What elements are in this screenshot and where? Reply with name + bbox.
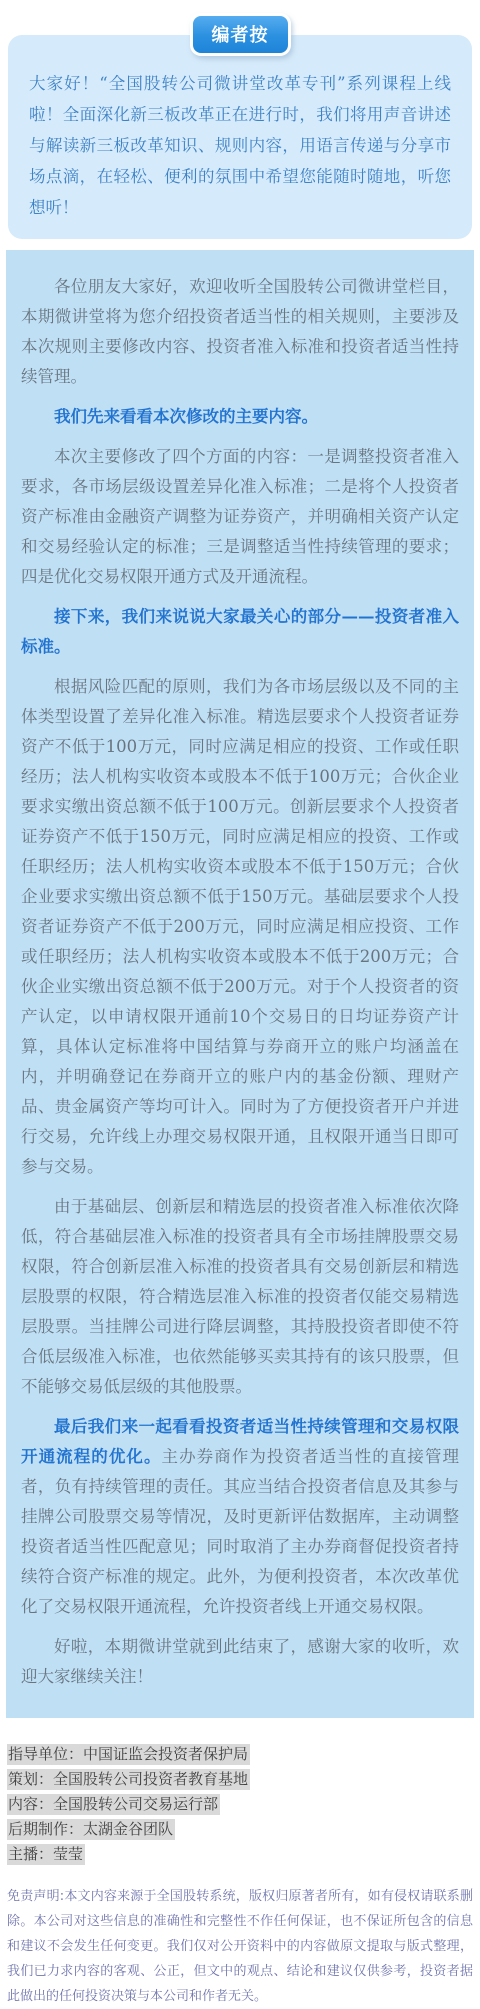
credit-text: 主播：莹莹: [7, 1844, 85, 1865]
credit-line-post-production: 后期制作：太湖金谷团队: [7, 1819, 480, 1839]
editor-note-badge: 编者按: [190, 13, 291, 56]
article-paragraph-ongoing-management: 最后我们来一起看看投资者适当性持续管理和交易权限开通流程的优化。主办券商作为投资…: [21, 1412, 459, 1622]
article-paragraph-intro: 各位朋友大家好，欢迎收听全国股转公司微讲堂栏目，本期微讲堂将为您介绍投资者适当性…: [21, 272, 459, 392]
credit-text: 内容：全国股转公司交易运行部: [7, 1794, 220, 1815]
article-heading-main-changes: 我们先来看看本次修改的主要内容。: [21, 402, 459, 432]
credit-line-content: 内容：全国股转公司交易运行部: [7, 1794, 480, 1814]
credit-text: 指导单位：中国证监会投资者保护局: [7, 1744, 250, 1765]
paragraph-text: 主办券商作为投资者适当性的直接管理者，负有持续管理的责任。其应当结合投资者信息及…: [21, 1447, 459, 1616]
article-page: 编者按 大家好！“全国股转公司微讲堂改革专刊”系列课程上线啦！全面深化新三板改革…: [0, 0, 480, 2009]
credit-line-guidance: 指导单位：中国证监会投资者保护局: [7, 1744, 480, 1764]
credits-section: 指导单位：中国证监会投资者保护局 策划：全国股转公司投资者教育基地 内容：全国股…: [7, 1744, 480, 1864]
article-paragraph-tier-standards: 根据风险匹配的原则，我们为各市场层级以及不同的主体类型设置了差异化准入标准。精选…: [21, 672, 459, 1182]
credit-text: 策划：全国股转公司投资者教育基地: [7, 1769, 250, 1790]
article-paragraph-closing: 好啦，本期微讲堂就到此结束了，感谢大家的收听，欢迎大家继续关注！: [21, 1632, 459, 1692]
article-paragraph-trading-permissions: 由于基础层、创新层和精选层的投资者准入标准依次降低，符合基础层准入标准的投资者具…: [21, 1192, 459, 1402]
article-body: 各位朋友大家好，欢迎收听全国股转公司微讲堂栏目，本期微讲堂将为您介绍投资者适当性…: [6, 250, 474, 1718]
article-paragraph-four-changes: 本次主要修改了四个方面的内容：一是调整投资者准入要求，各市场层级设置差异化准入标…: [21, 442, 459, 592]
editor-note-text: 大家好！“全国股转公司微讲堂改革专刊”系列课程上线啦！全面深化新三板改革正在进行…: [29, 68, 451, 223]
credit-text: 后期制作：太湖金谷团队: [7, 1819, 175, 1840]
credit-line-planning: 策划：全国股转公司投资者教育基地: [7, 1769, 480, 1789]
credit-line-host: 主播：莹莹: [7, 1844, 480, 1864]
disclaimer-text: 免责声明:本文内容来源于全国股转系统，版权归原著者所有，如有侵权请联系删除。本公…: [7, 1884, 473, 2009]
editor-note-box: 大家好！“全国股转公司微讲堂改革专刊”系列课程上线啦！全面深化新三板改革正在进行…: [8, 35, 472, 239]
article-heading-entry-standards: 接下来，我们来说说大家最关心的部分——投资者准入标准。: [21, 602, 459, 662]
